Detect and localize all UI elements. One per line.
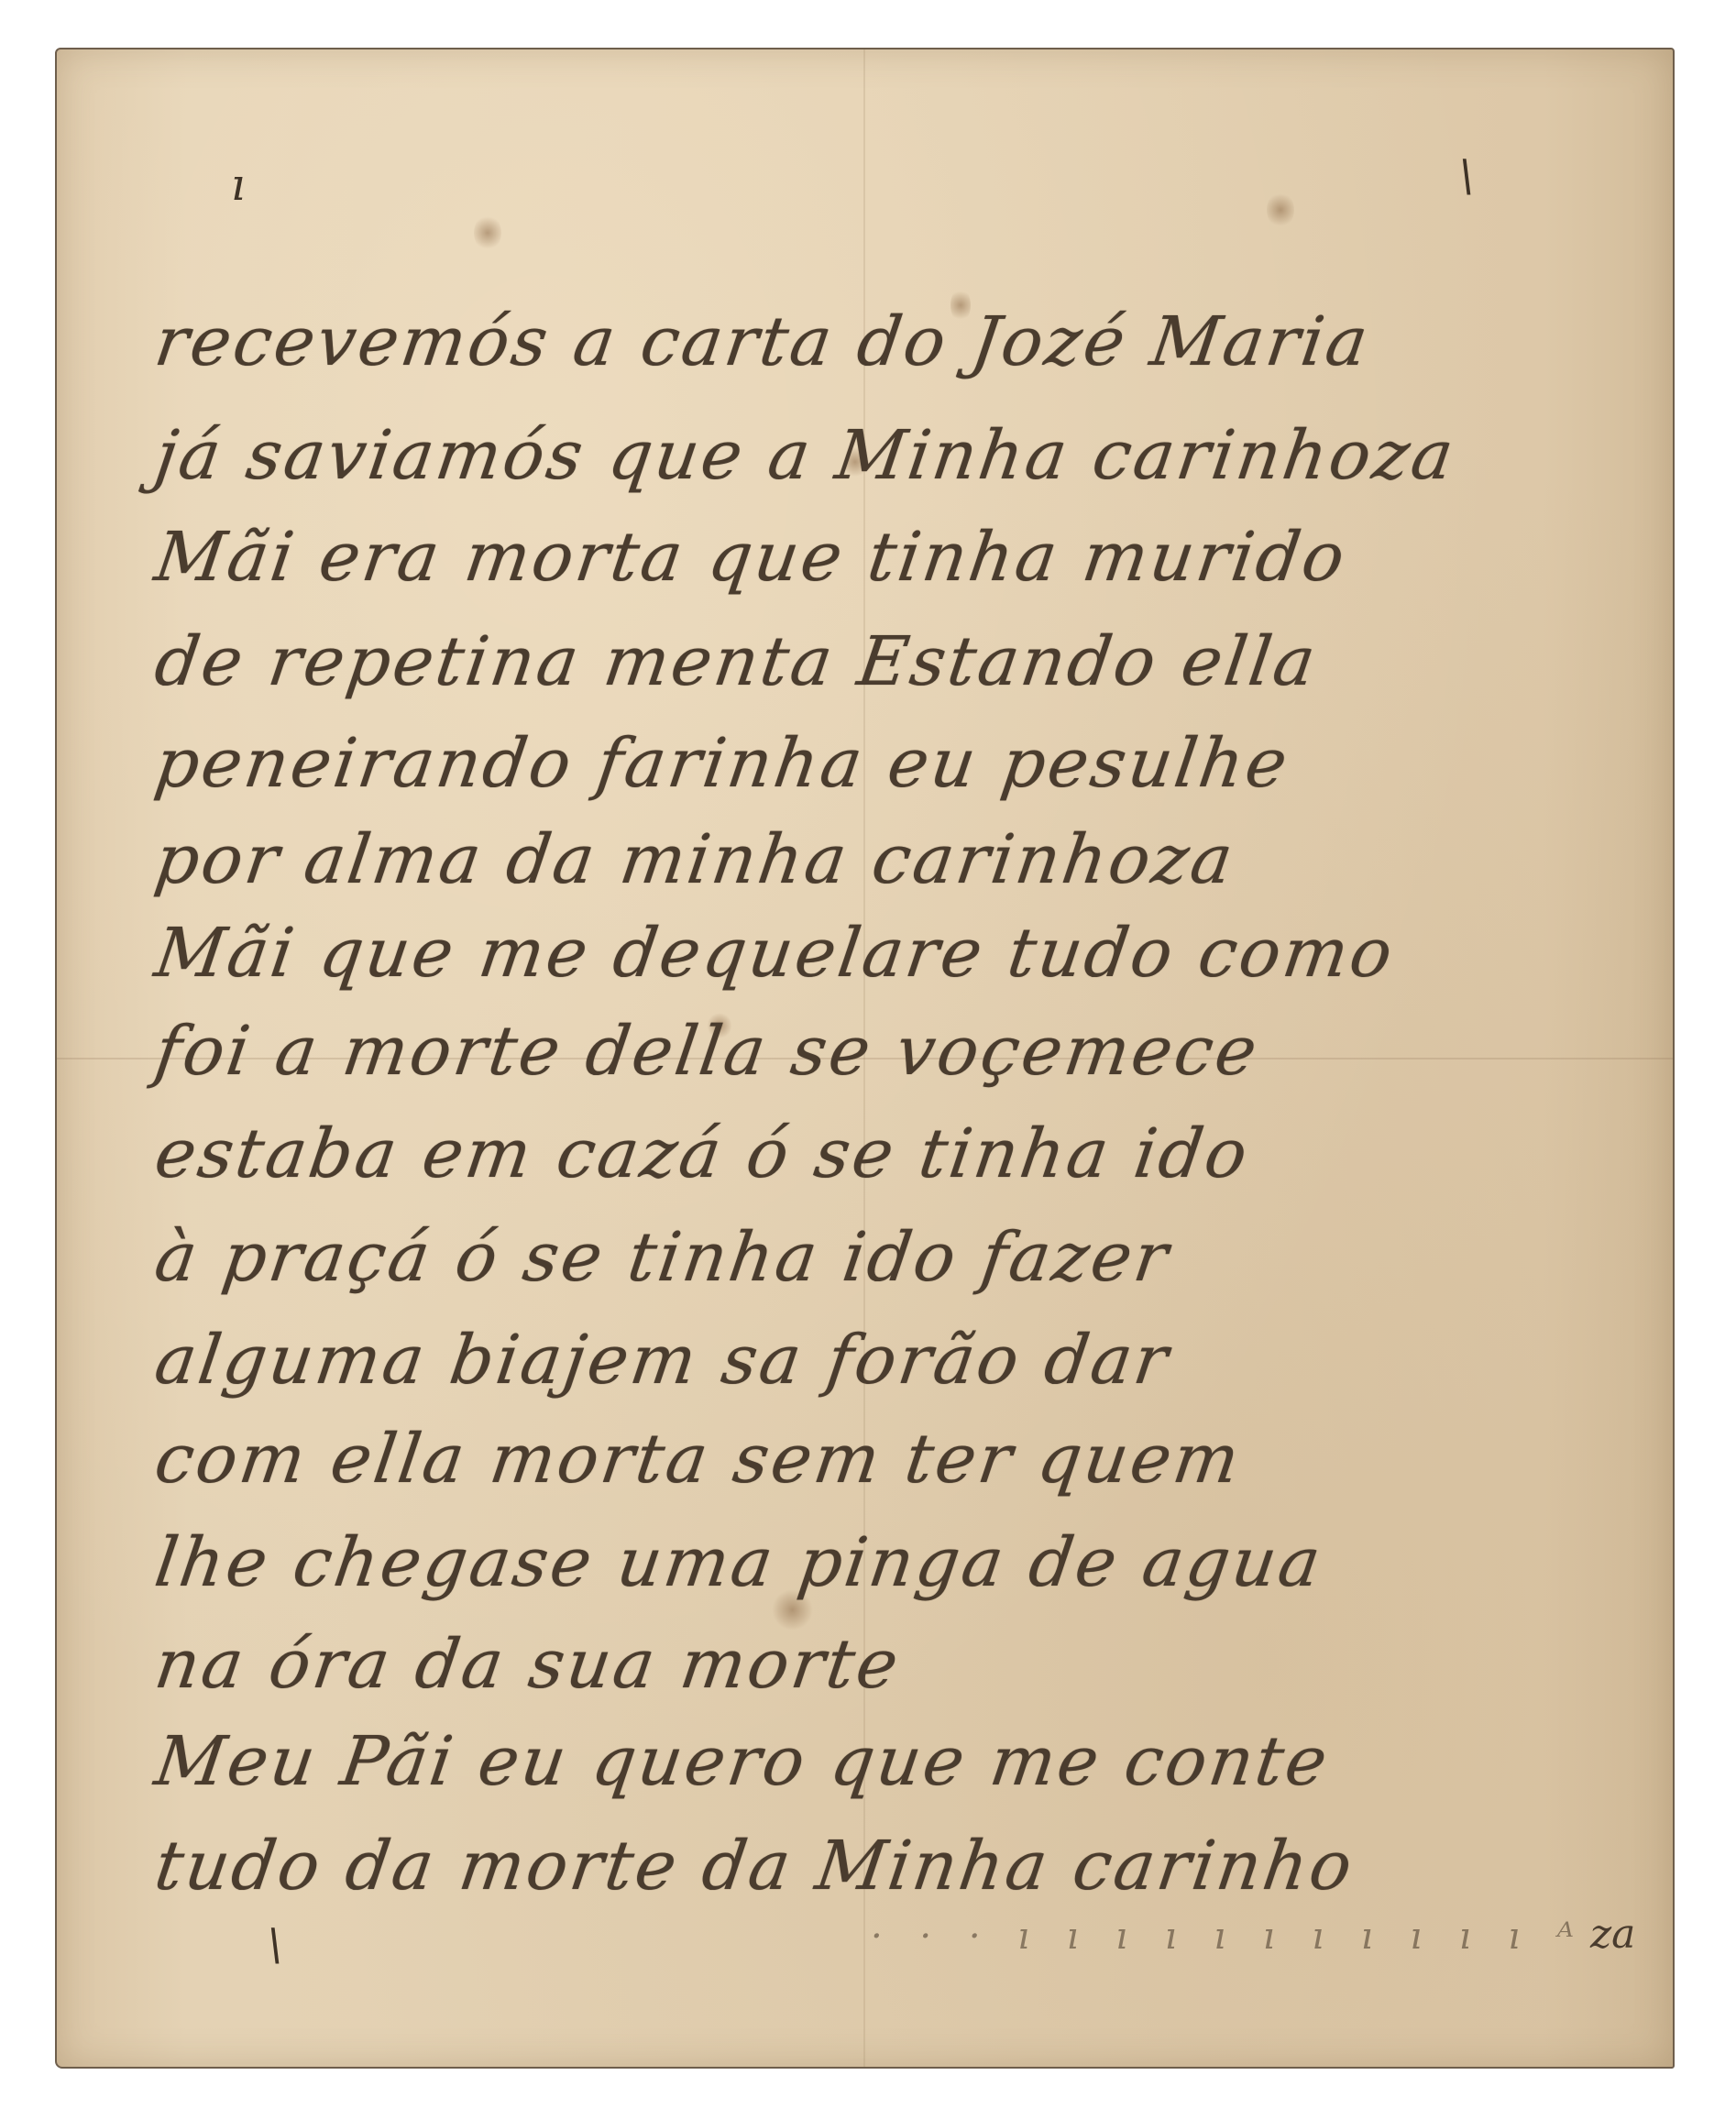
text-line-2: já saviamós que a Minha carinhoza (150, 416, 1461, 495)
text-line-4: de repetina menta Estando ella (150, 622, 1323, 701)
text-line-15: Meu Pãi eu quero que me conte (150, 1722, 1335, 1801)
text-line-16: tudo da morte da Minha carinho (150, 1827, 1359, 1905)
line-continuation: za (1590, 1911, 1635, 1958)
margin-mark-top-right: \ (1459, 150, 1474, 202)
text-line-10: à praçá ó se tinha ido fazer (150, 1218, 1175, 1297)
foxing-spot (1267, 192, 1294, 228)
text-line-14: na óra da sua morte (150, 1625, 906, 1704)
text-line-7: Mãi que me dequelare tudo como (150, 914, 1400, 993)
margin-mark-bottom-left: \ (268, 1919, 282, 1971)
margin-mark-top-left: ı (231, 159, 245, 211)
text-line-1: recevemós a carta do Jozé Maria (150, 302, 1375, 381)
foxing-spot (474, 214, 501, 251)
text-line-6: por alma da minha carinhoza (150, 820, 1240, 899)
bleed-through-marks: · · · ı ı ı ı ı ı ı ı ı ı ı ᴬ (871, 1916, 1587, 1958)
text-line-13: lhe chegase uma pinga de agua (150, 1523, 1328, 1602)
text-line-3: Mãi era morta que tinha murido (150, 518, 1352, 597)
text-line-9: estaba em cazá ó se tinha ido (150, 1114, 1255, 1193)
text-line-5: peneirando farinha eu pesulhe (150, 724, 1294, 803)
text-line-12: com ella morta sem ter quem (150, 1420, 1247, 1499)
text-line-8: foi a morte della se voçemece (150, 1012, 1264, 1091)
text-line-11: alguma biajem sa forão dar (150, 1321, 1175, 1400)
